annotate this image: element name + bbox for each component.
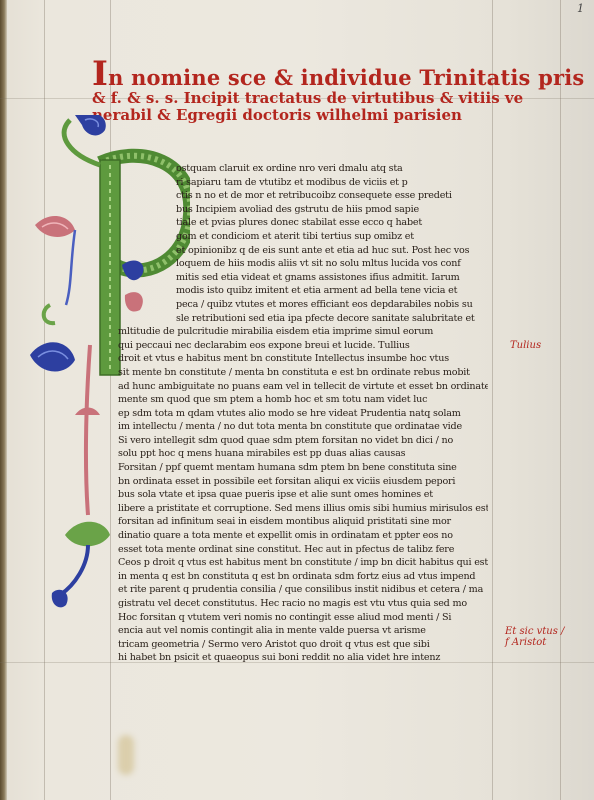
margin-note-tulius: Tulius bbox=[510, 340, 541, 351]
text-line: gom et condiciom et aterit tibi tertius … bbox=[118, 230, 488, 244]
rubric-line-1: n nomine sce & individue Trinitatis pris bbox=[108, 65, 584, 90]
text-line: Ceos p droit q vtus est habitus ment bn … bbox=[118, 556, 488, 570]
text-line: peca / quibz vtutes et mores efficiant e… bbox=[118, 298, 488, 312]
text-line: modis isto quibz imitent et etia arment … bbox=[118, 284, 488, 298]
text-line: im intellectu / menta / no dut tota ment… bbox=[118, 420, 488, 434]
text-line: droit et vtus e habitus ment bn constitu… bbox=[118, 352, 488, 366]
text-line: ad hunc ambiguitate no puans eam vel in … bbox=[118, 380, 488, 394]
ruling-line-vertical bbox=[560, 0, 561, 800]
manuscript-page: 1 In nomine sce & individue Trinitatis p… bbox=[0, 0, 594, 800]
binding-edge bbox=[0, 0, 7, 800]
text-line: et opinionibz q de eis sunt ante et etia… bbox=[118, 244, 488, 258]
text-line: esset tota mente ordinat sine constitut.… bbox=[118, 543, 488, 557]
text-line: bn ordinata esset in possibile eet forsi… bbox=[118, 475, 488, 489]
text-line: ep sdm tota m qdam vtutes alio modo se h… bbox=[118, 407, 488, 421]
text-line: mitis sed etia videat et gnams assistone… bbox=[118, 271, 488, 285]
ruling-line-vertical bbox=[492, 0, 493, 800]
text-line: ostquam claruit ex ordine nro veri dmalu… bbox=[118, 162, 488, 176]
text-line: sit mente bn constitute / menta bn const… bbox=[118, 366, 488, 380]
margin-note-aristot: Et sic vtus / f Aristot bbox=[505, 626, 565, 648]
folio-number: 1 bbox=[577, 2, 584, 15]
manuscript-body-text: ostquam claruit ex ordine nro veri dmalu… bbox=[118, 162, 488, 665]
text-line: bus Incipiem avoliad des gstrutu de hiis… bbox=[118, 203, 488, 217]
text-line: ctis n no et de mor et retribucoibz cons… bbox=[118, 189, 488, 203]
text-line: loquem de hiis modis aliis vt sit no sol… bbox=[118, 257, 488, 271]
text-line: et rite parent q prudentia consilia / qu… bbox=[118, 583, 488, 597]
text-line: tricam geometria / Sermo vero Aristot qu… bbox=[118, 638, 488, 652]
text-line: mltitudie de pulcritudie mirabilia eisde… bbox=[118, 325, 488, 339]
text-line: mente sm quod que sm ptem a homb hoc et … bbox=[118, 393, 488, 407]
text-line: forsitan ad infinitum seai in eisdem mon… bbox=[118, 515, 488, 529]
rubric-initial: I bbox=[92, 54, 108, 94]
text-line: bus sola vtate et ipsa quae pueris ipse … bbox=[118, 488, 488, 502]
text-line: ri sapiaru tam de vtutibz et modibus de … bbox=[118, 176, 488, 190]
text-line: libere a pristitate et corruptione. Sed … bbox=[118, 502, 488, 516]
text-line: Hoc forsitan q vtutem veri nomis no cont… bbox=[118, 611, 488, 625]
text-line: encia aut vel nomis contingit alia in me… bbox=[118, 624, 488, 638]
text-line: Forsitan / ppf quemt mentam humana sdm p… bbox=[118, 461, 488, 475]
text-line: hi habet bn psicit et quaeopus sui boni … bbox=[118, 651, 488, 665]
text-line: Si vero intellegit sdm quod quae sdm pte… bbox=[118, 434, 488, 448]
text-line: tiale et pvias plures donec stabilat ess… bbox=[118, 216, 488, 230]
text-line: dinatio quare a tota mente et expellit o… bbox=[118, 529, 488, 543]
text-line: sle retributioni sed etia ipa pfecte dec… bbox=[118, 312, 488, 326]
text-line: gistratu vel decet constitutus. Hec raci… bbox=[118, 597, 488, 611]
text-line: solu ppt hoc q mens huana mirabiles est … bbox=[118, 447, 488, 461]
rubric-line-2: & f. & s. s. Incipit tractatus de virtut… bbox=[92, 90, 492, 107]
text-line: qui peccaui nec declarabim eos expone br… bbox=[118, 339, 488, 353]
text-line: in menta q est bn constituta q est bn or… bbox=[118, 570, 488, 584]
parchment-stain bbox=[118, 735, 134, 775]
